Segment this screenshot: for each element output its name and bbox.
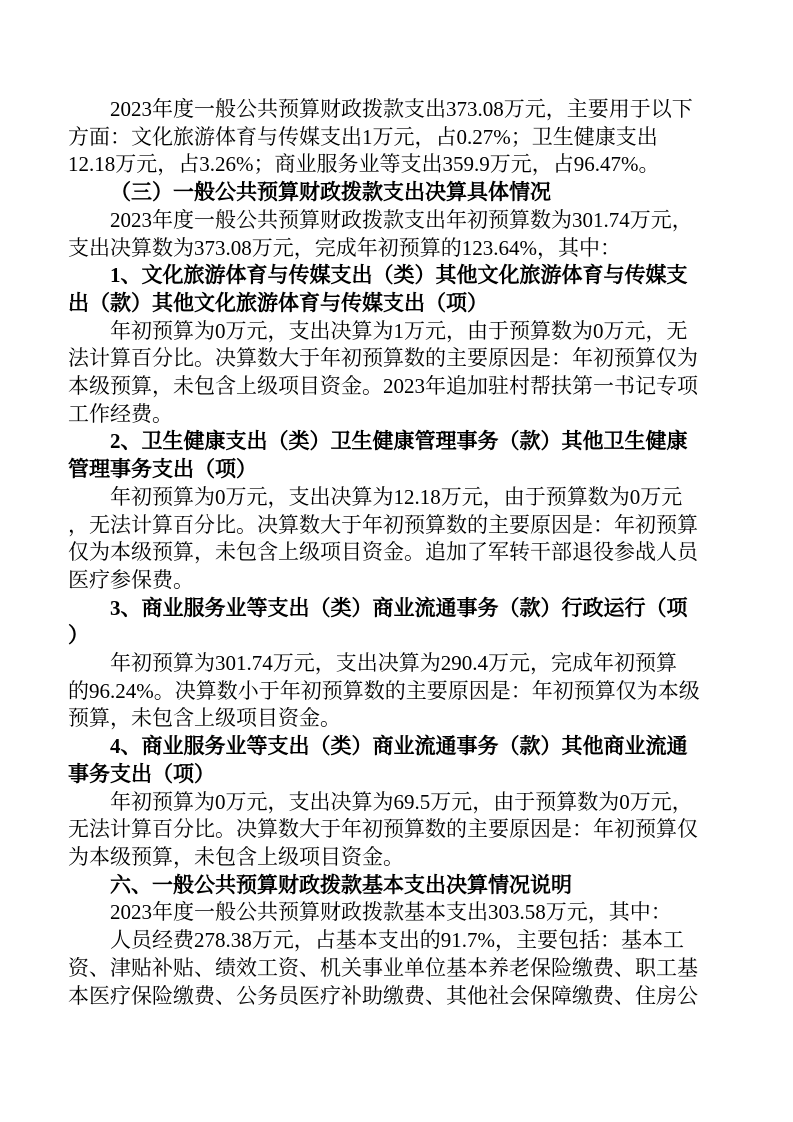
section-heading: 3、商业服务业等支出（类）商业流通事务（款）行政运行（项） <box>68 595 736 650</box>
text-line: ，无法计算百分比。决算数大于年初预算数的主要原因是：年初预算 <box>68 512 736 540</box>
section-heading: 4、商业服务业等支出（类）商业流通事务（款）其他商业流通事务支出（项） <box>68 733 736 788</box>
paragraph: 人员经费278.38万元，占基本支出的91.7%，主要包括：基本工资、津贴补贴、… <box>68 927 736 1010</box>
paragraph: 年初预算为301.74万元，支出决算为290.4万元，完成年初预算的96.24%… <box>68 650 736 733</box>
text-line: 预算，未包含上级项目资金。 <box>68 705 736 733</box>
text-line: 事务支出（项） <box>68 761 736 789</box>
text-line: 12.18万元，占3.26%；商业服务业等支出359.9万元，占96.47%。 <box>68 151 736 179</box>
text-line: 年初预算为0万元，支出决算为1万元，由于预算数为0万元，无 <box>68 318 736 346</box>
text-line: 仅为本级预算，未包含上级项目资金。追加了军转干部退役参战人员 <box>68 539 736 567</box>
text-line: 六、一般公共预算财政拨款基本支出决算情况说明 <box>68 872 736 900</box>
section-heading: （三）一般公共预算财政拨款支出决算具体情况 <box>68 179 736 207</box>
section-heading: 六、一般公共预算财政拨款基本支出决算情况说明 <box>68 872 736 900</box>
section-heading: 2、卫生健康支出（类）卫生健康管理事务（款）其他卫生健康管理事务支出（项） <box>68 428 736 483</box>
document-body: 2023年度一般公共预算财政拨款支出373.08万元，主要用于以下方面：文化旅游… <box>68 96 736 1010</box>
text-line: 医疗参保费。 <box>68 567 736 595</box>
text-line: 2023年度一般公共预算财政拨款基本支出303.58万元，其中： <box>68 899 736 927</box>
paragraph: 2023年度一般公共预算财政拨款基本支出303.58万元，其中： <box>68 899 736 927</box>
paragraph: 年初预算为0万元，支出决算为12.18万元，由于预算数为0万元，无法计算百分比。… <box>68 484 736 595</box>
text-line: 本级预算，未包含上级项目资金。2023年追加驻村帮扶第一书记专项 <box>68 373 736 401</box>
paragraph: 2023年度一般公共预算财政拨款支出373.08万元，主要用于以下方面：文化旅游… <box>68 96 736 179</box>
text-line: 年初预算为0万元，支出决算为69.5万元，由于预算数为0万元， <box>68 789 736 817</box>
text-line: 1、文化旅游体育与传媒支出（类）其他文化旅游体育与传媒支 <box>68 262 736 290</box>
text-line: 本医疗保险缴费、公务员医疗补助缴费、其他社会保障缴费、住房公 <box>68 983 736 1011</box>
text-line: 年初预算为0万元，支出决算为12.18万元，由于预算数为0万元 <box>68 484 736 512</box>
section-heading: 1、文化旅游体育与传媒支出（类）其他文化旅游体育与传媒支出（款）其他文化旅游体育… <box>68 262 736 317</box>
text-line: 法计算百分比。决算数大于年初预算数的主要原因是：年初预算仅为 <box>68 345 736 373</box>
text-line: 2023年度一般公共预算财政拨款支出年初预算数为301.74万元， <box>68 207 736 235</box>
text-line: 工作经费。 <box>68 401 736 429</box>
text-line: 管理事务支出（项） <box>68 456 736 484</box>
text-line: 年初预算为301.74万元，支出决算为290.4万元，完成年初预算 <box>68 650 736 678</box>
text-line: 2023年度一般公共预算财政拨款支出373.08万元，主要用于以下 <box>68 96 736 124</box>
paragraph: 2023年度一般公共预算财政拨款支出年初预算数为301.74万元，支出决算数为3… <box>68 207 736 262</box>
text-line: 为本级预算，未包含上级项目资金。 <box>68 844 736 872</box>
text-line: 支出决算数为373.08万元，完成年初预算的123.64%，其中： <box>68 235 736 263</box>
text-line: （三）一般公共预算财政拨款支出决算具体情况 <box>68 179 736 207</box>
paragraph: 年初预算为0万元，支出决算为1万元，由于预算数为0万元，无法计算百分比。决算数大… <box>68 318 736 429</box>
text-line: 4、商业服务业等支出（类）商业流通事务（款）其他商业流通 <box>68 733 736 761</box>
text-line: 资、津贴补贴、绩效工资、机关事业单位基本养老保险缴费、职工基 <box>68 955 736 983</box>
text-line: 2、卫生健康支出（类）卫生健康管理事务（款）其他卫生健康 <box>68 428 736 456</box>
text-line: 出（款）其他文化旅游体育与传媒支出（项） <box>68 290 736 318</box>
text-line: 的96.24%。决算数小于年初预算数的主要原因是：年初预算仅为本级 <box>68 678 736 706</box>
text-line: 方面：文化旅游体育与传媒支出1万元，占0.27%；卫生健康支出 <box>68 124 736 152</box>
document-page: 2023年度一般公共预算财政拨款支出373.08万元，主要用于以下方面：文化旅游… <box>0 0 793 1122</box>
text-line: ） <box>68 622 736 650</box>
paragraph: 年初预算为0万元，支出决算为69.5万元，由于预算数为0万元，无法计算百分比。决… <box>68 789 736 872</box>
text-line: 无法计算百分比。决算数大于年初预算数的主要原因是：年初预算仅 <box>68 816 736 844</box>
text-line: 人员经费278.38万元，占基本支出的91.7%，主要包括：基本工 <box>68 927 736 955</box>
text-line: 3、商业服务业等支出（类）商业流通事务（款）行政运行（项 <box>68 595 736 623</box>
